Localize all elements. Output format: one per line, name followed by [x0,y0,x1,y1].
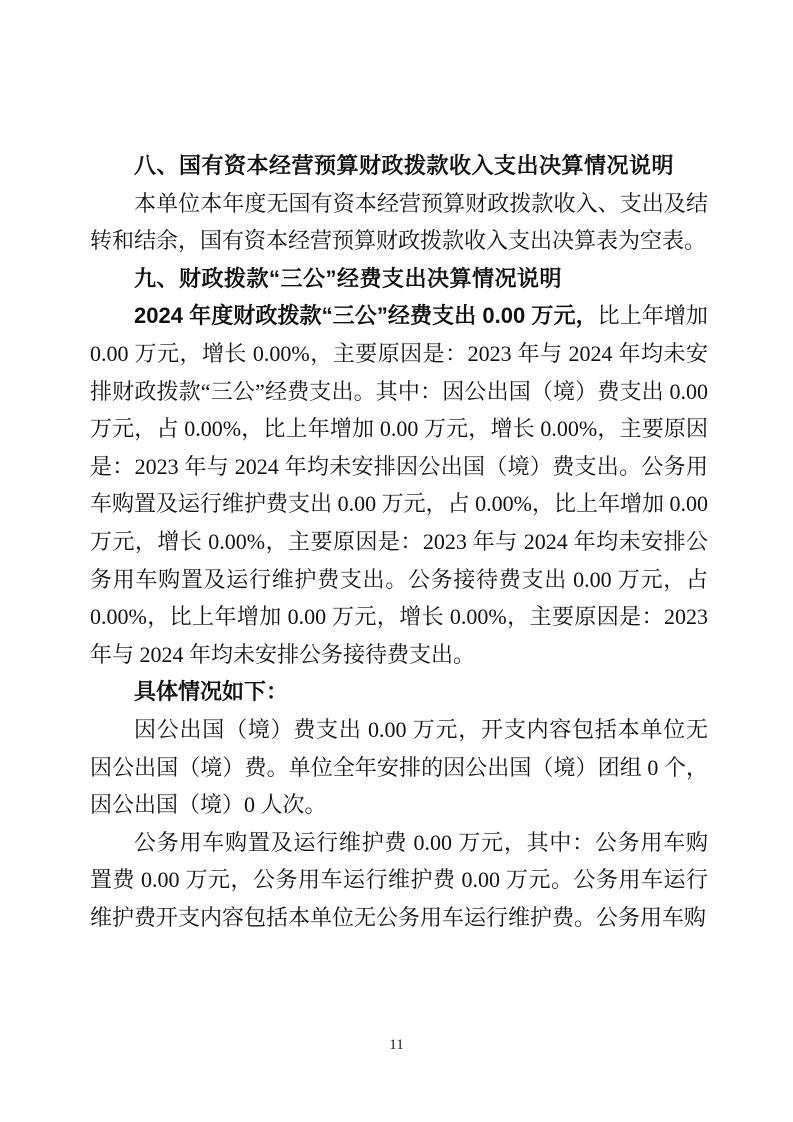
section-heading-three-public-expenses: 九、财政拨款“三公”经费支出决算情况说明 [90,260,708,298]
document-body: 八、国有资本经营预算财政拨款收入支出决算情况说明 本单位本年度无国有资本经营预算… [90,147,708,936]
section-heading-state-capital-budget: 八、国有资本经营预算财政拨款收入支出决算情况说明 [90,147,708,185]
paragraph-lead-bold: 2024 年度财政拨款“三公”经费支出 0.00 万元， [134,303,598,328]
document-page: 八、国有资本经营预算财政拨款收入支出决算情况说明 本单位本年度无国有资本经营预算… [0,0,793,1122]
paragraph-overseas-trips: 因公出国（境）费支出 0.00 万元，开支内容包括本单位无因公出国（境）费。单位… [90,711,708,824]
paragraph-text: 比上年增加 0.00 万元，增长 0.00%，主要原因是：2023 年与 202… [90,303,708,666]
page-number: 11 [0,1037,793,1054]
paragraph-three-public-expenses: 2024 年度财政拨款“三公”经费支出 0.00 万元，比上年增加 0.00 万… [90,297,708,673]
paragraph-official-vehicles: 公务用车购置及运行维护费 0.00 万元，其中：公务用车购置费 0.00 万元，… [90,824,708,937]
subheading-details: 具体情况如下： [90,673,708,711]
paragraph-state-capital-budget: 本单位本年度无国有资本经营预算财政拨款收入、支出及结转和结余，国有资本经营预算财… [90,185,708,260]
